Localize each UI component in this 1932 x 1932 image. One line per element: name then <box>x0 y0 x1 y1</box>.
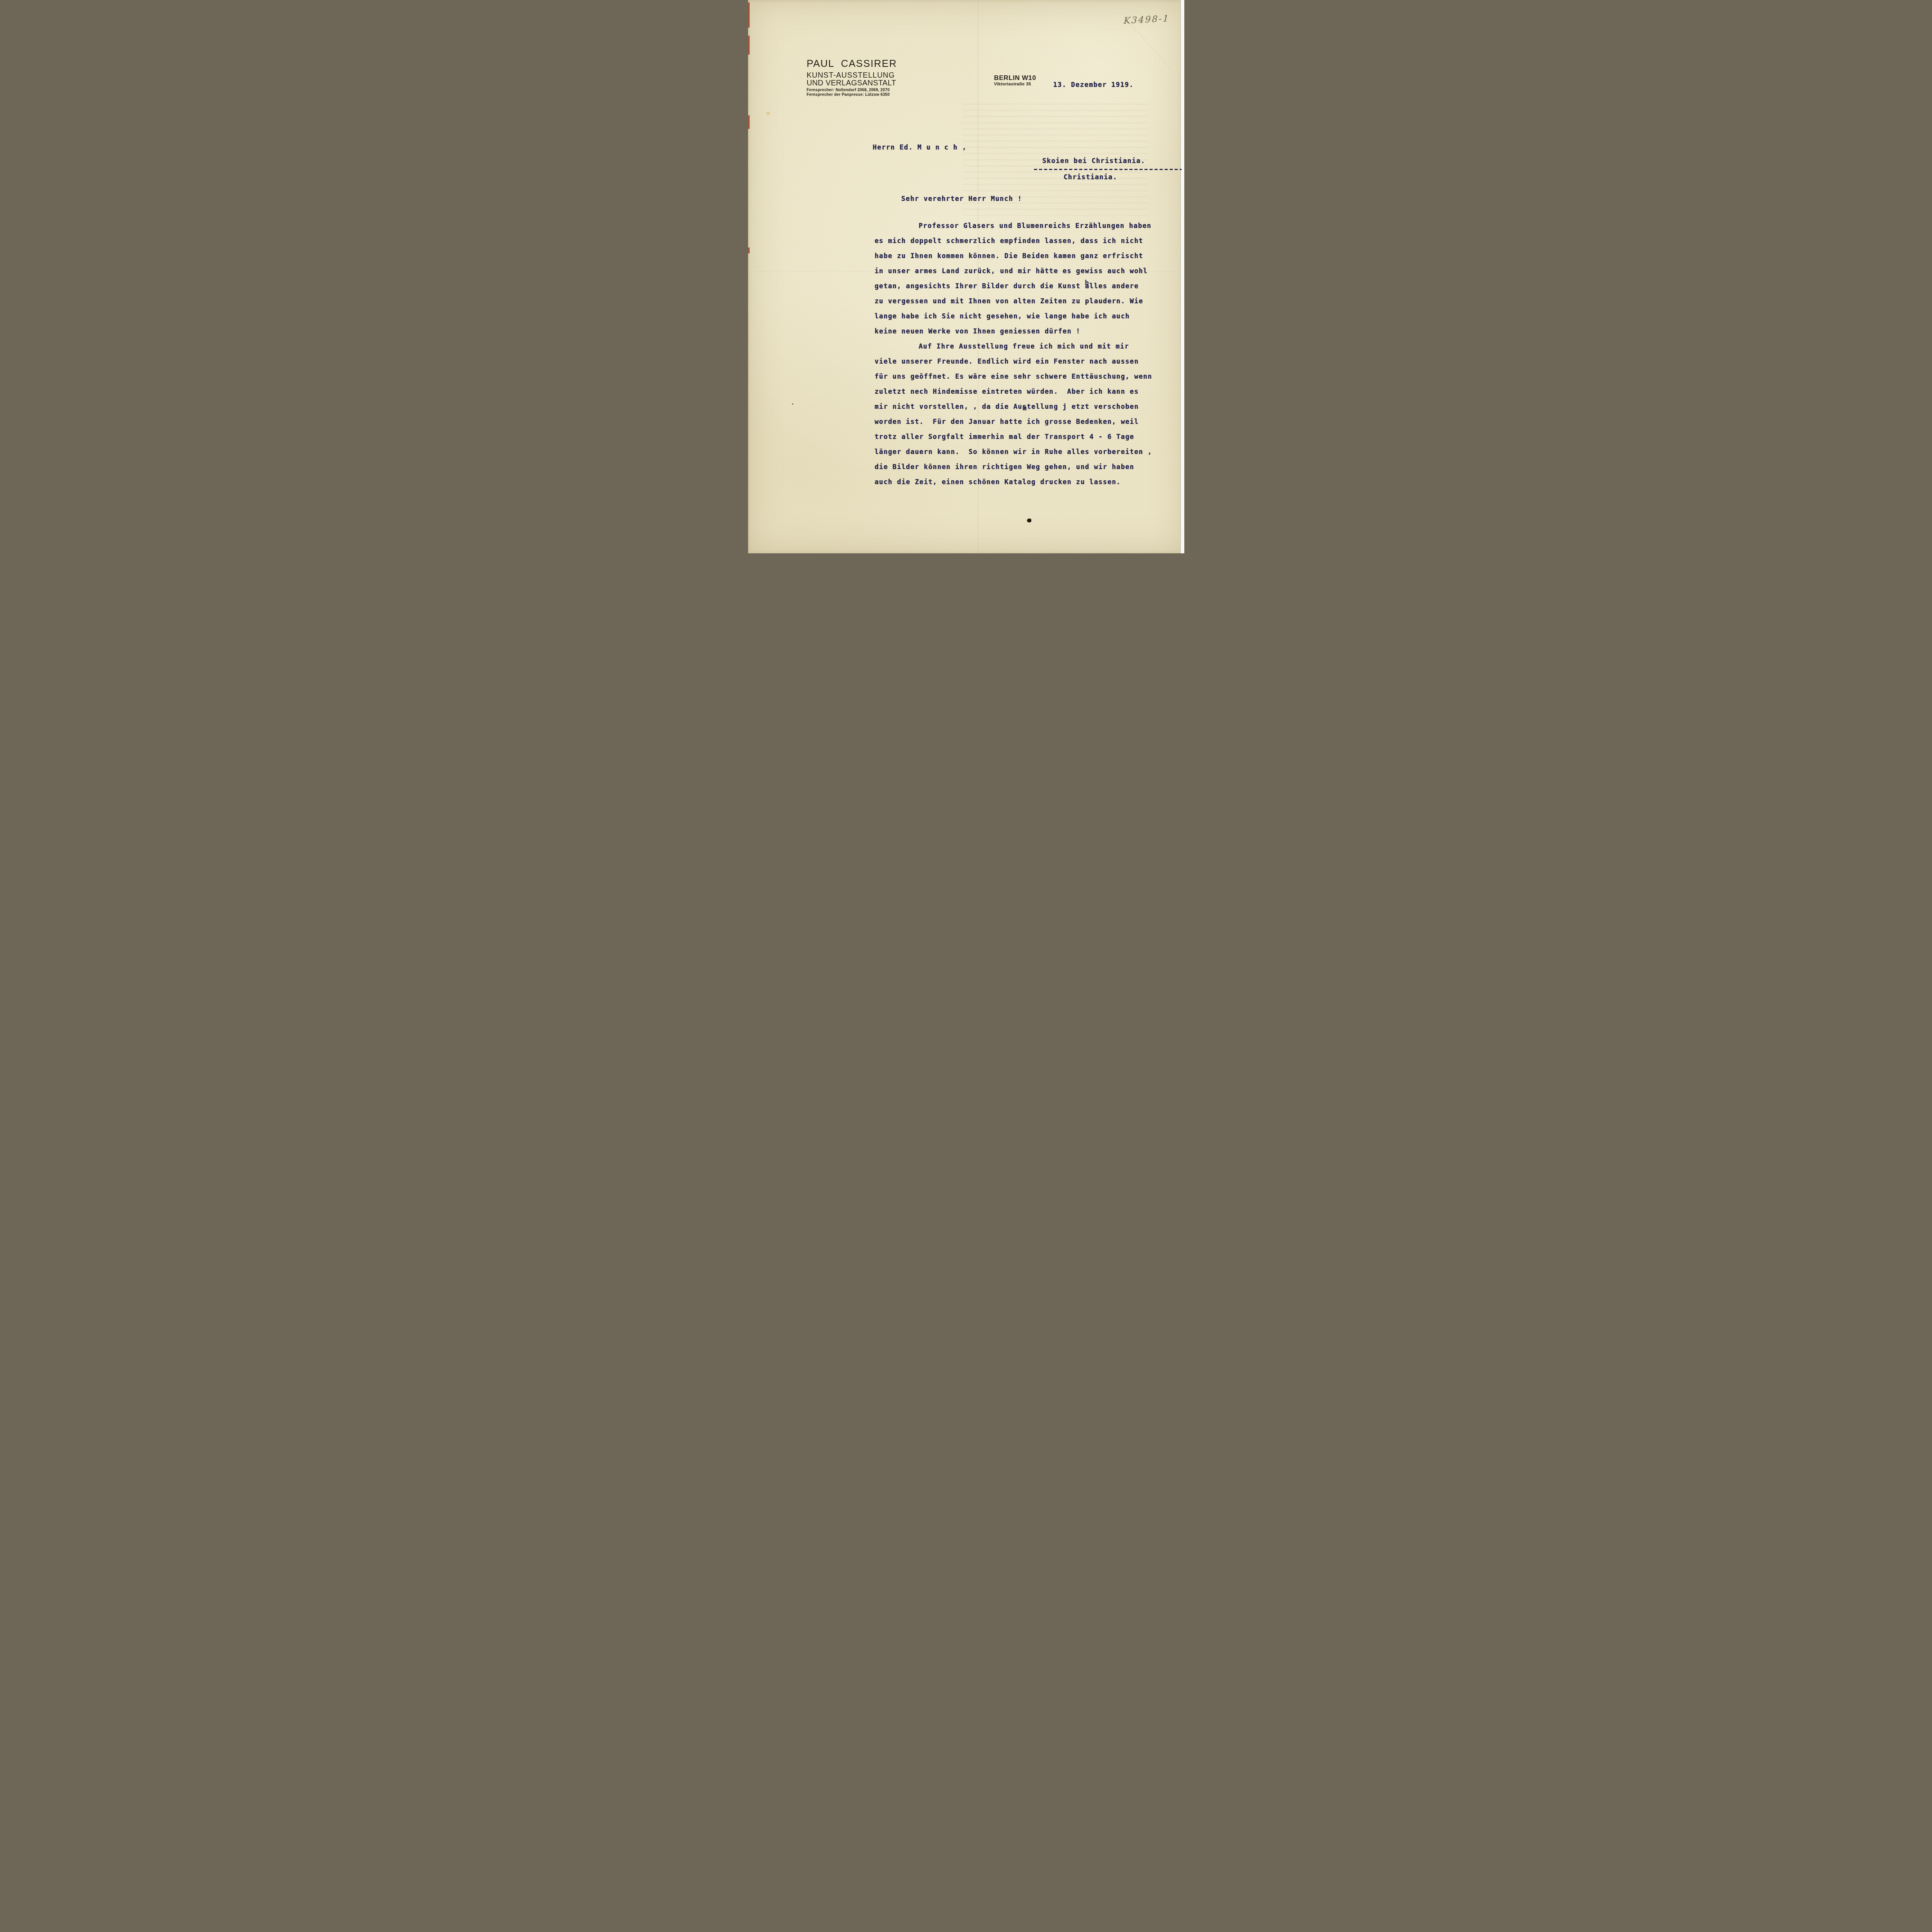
body-line: Auf Ihre Ausstellung freue ich mich und … <box>875 339 1172 354</box>
body-line: länger dauern kann. So können wir in Ruh… <box>875 445 1172 460</box>
overtype-character: b <box>1085 279 1090 287</box>
body-line: es mich doppelt schmerzlich empfinden la… <box>875 234 1172 249</box>
letterhead-street: Viktoriastraße 35 <box>994 82 1031 87</box>
date-line: 13. Dezember 1919. <box>1053 81 1134 89</box>
edge-red-streak <box>748 36 750 55</box>
body-line: getan, angesichts Ihrer Bilder durch die… <box>875 279 1172 294</box>
recipient-address-line: Skoien bei Christiania. <box>1043 157 1145 165</box>
body-line: die Bilder können ihren richtigen Weg ge… <box>875 460 1172 475</box>
letterhead-company-name: PAUL CASSIRER <box>807 58 897 70</box>
letter-body: Professor Glasers und Blumenreichs Erzäh… <box>875 219 1172 490</box>
paper-stain <box>765 111 771 116</box>
recipient-city-line: Christiania. <box>1064 173 1117 181</box>
typed-dashed-underline <box>1034 169 1182 170</box>
body-line: trotz aller Sorgfalt immerhin mal der Tr… <box>875 430 1172 445</box>
body-line: worden ist. Für den Januar hatte ich gro… <box>875 415 1172 430</box>
paper-speck <box>792 403 793 405</box>
body-line: in unser armes Land zurück, und mir hätt… <box>875 264 1172 279</box>
body-line: auch die Zeit, einen schönen Katalog dru… <box>875 475 1172 490</box>
edge-red-streak <box>748 2 750 28</box>
body-line: keine neuen Werke von Ihnen geniessen dü… <box>875 324 1172 339</box>
overtype-character: m <box>1023 405 1027 412</box>
body-line: habe zu Ihnen kommen können. Die Beiden … <box>875 249 1172 264</box>
pencil-archival-mark: K3498-1 <box>1123 14 1170 26</box>
body-line: zuletzt nech Hindemisse eintreten würden… <box>875 384 1172 400</box>
ink-blot <box>1027 519 1031 522</box>
letterhead-company-line3: UND VERLAGSANSTALT <box>807 79 896 88</box>
edge-red-streak <box>748 115 750 129</box>
body-line: Professor Glasers und Blumenreichs Erzäh… <box>875 219 1172 234</box>
body-line: zu vergessen und mit Ihnen von alten Zei… <box>875 294 1172 309</box>
letterhead-city: BERLIN W10 <box>994 74 1036 82</box>
letter-scan: K3498-1 PAUL CASSIRER KUNST-AUSSTELLUNG … <box>748 0 1184 553</box>
body-line: lange habe ich Sie nicht gesehen, wie la… <box>875 309 1172 324</box>
salutation: Sehr verehrter Herr Munch ! <box>901 195 1022 203</box>
body-line: für uns geöffnet. Es wäre eine sehr schw… <box>875 369 1172 384</box>
body-line: viele unserer Freunde. Endlich wird ein … <box>875 354 1172 369</box>
scan-edge-right <box>1180 0 1184 553</box>
letterhead-phone-line1: Fernsprecher: Nollendorf 2068, 2069, 207… <box>807 88 890 92</box>
recipient-name-line: Herrn Ed. M u n c h , <box>873 144 967 151</box>
letterhead-phone-line2: Fernsprecher der Panpresse: Lützow 6350 <box>807 93 890 97</box>
edge-red-streak <box>748 247 750 253</box>
